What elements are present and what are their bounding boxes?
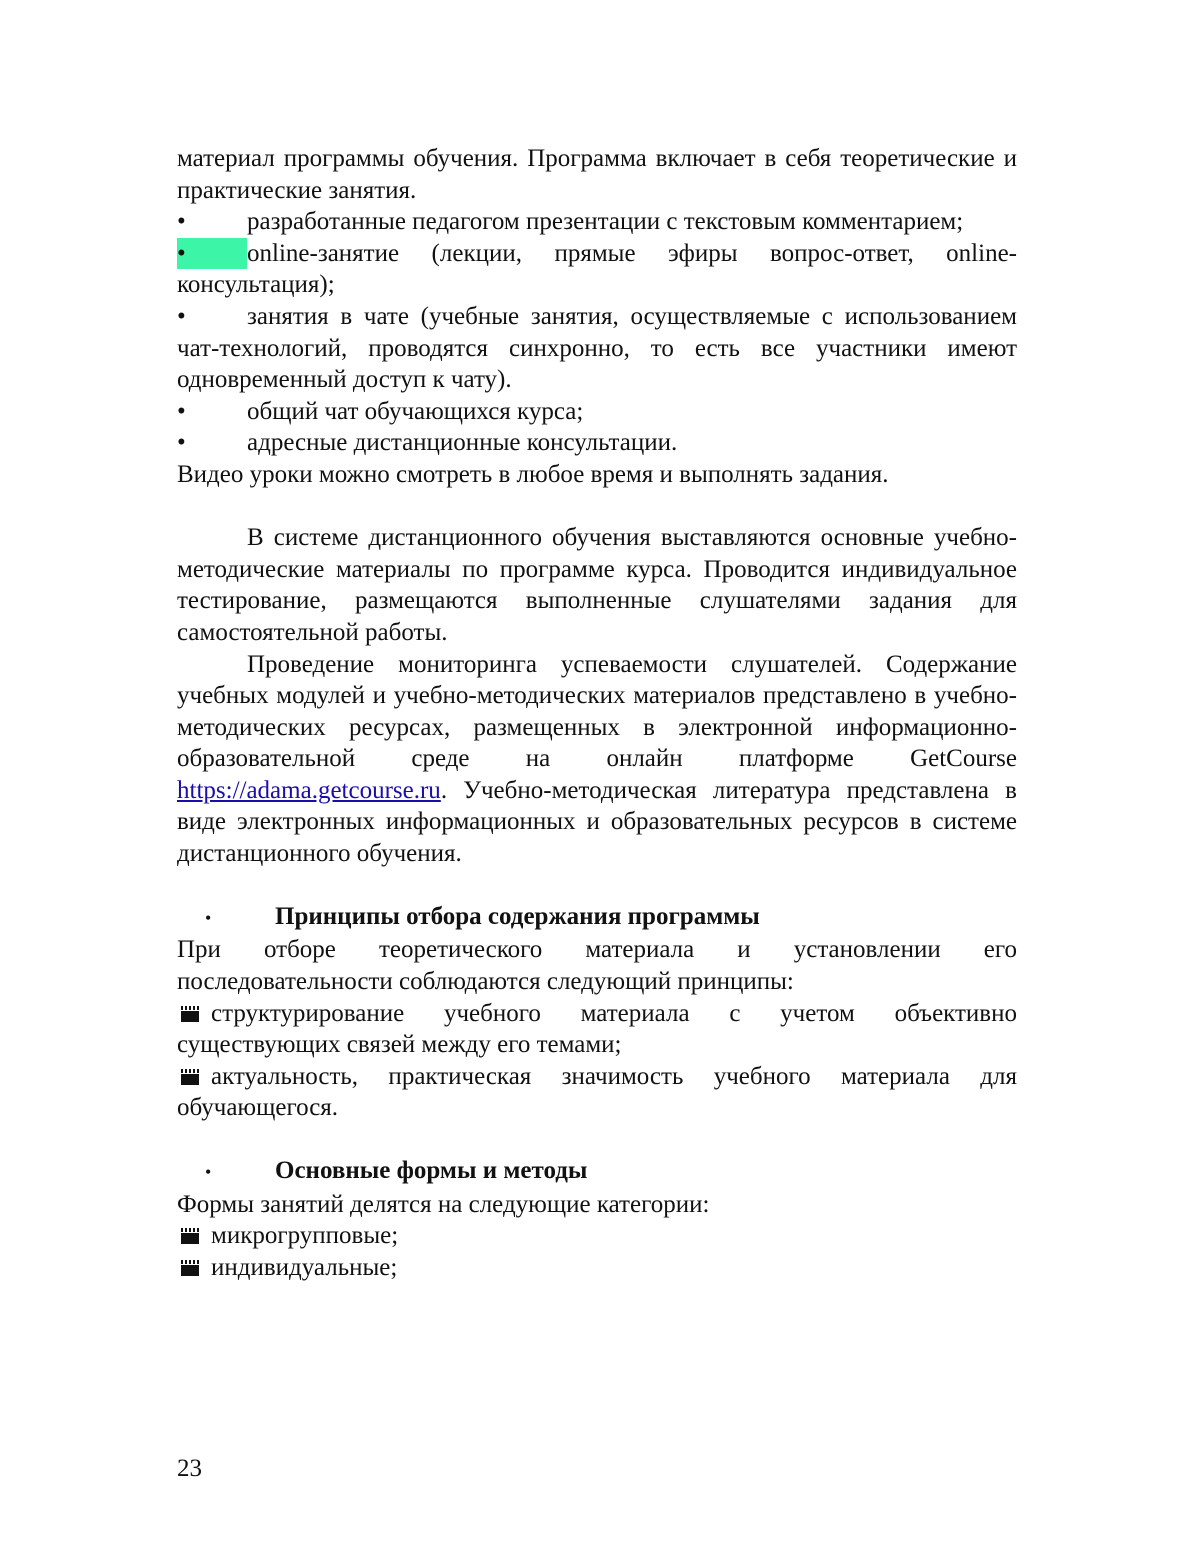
list-item: микрогрупповые;	[177, 1220, 1017, 1252]
principles-intro: При отборе теоретического материала и ус…	[177, 934, 1017, 997]
section-heading-principles: •Принципы отбора содержания программы	[177, 901, 1017, 934]
bullet-icon: •	[177, 1157, 275, 1189]
clapperboard-icon	[181, 1006, 199, 1022]
spacer	[177, 870, 1017, 902]
clapperboard-icon	[181, 1069, 199, 1085]
section-heading-forms: •Основные формы и методы	[177, 1155, 1017, 1188]
list-item: •адресные дистанционные консультации.	[177, 427, 1017, 459]
system-paragraph: В системе дистанционного обучения выстав…	[177, 522, 1017, 648]
list-item: актуальность, практическая значимость уч…	[177, 1061, 1017, 1124]
list-item: структурирование учебного материала с уч…	[177, 998, 1017, 1061]
delivery-formats-list: •разработанные педагогом презентации с т…	[177, 206, 1017, 459]
intro-paragraph: материал программы обучения. Программа в…	[177, 143, 1017, 206]
list-item: •занятия в чате (учебные занятия, осущес…	[177, 301, 1017, 396]
forms-intro: Формы занятий делятся на следующие катег…	[177, 1189, 1017, 1221]
bullet-icon: •	[177, 396, 247, 428]
page-number: 23	[177, 1455, 202, 1483]
bullet-icon: •	[177, 301, 247, 333]
list-item: •общий чат обучающихся курса;	[177, 396, 1017, 428]
bullet-icon: •	[177, 903, 275, 935]
list-item: •разработанные педагогом презентации с т…	[177, 206, 1017, 238]
document-page: материал программы обучения. Программа в…	[177, 143, 1017, 1283]
bullet-icon: •	[177, 206, 247, 238]
bullet-icon: •	[177, 427, 247, 459]
bullet-icon-highlighted: •	[177, 238, 247, 270]
list-item: •online-занятие (лекции, прямые эфиры во…	[177, 238, 1017, 301]
clapperboard-icon	[181, 1260, 199, 1276]
getcourse-link[interactable]: https://adama.getcourse.ru	[177, 777, 441, 804]
spacer	[177, 491, 1017, 523]
spacer	[177, 1124, 1017, 1156]
video-note: Видео уроки можно смотреть в любое время…	[177, 459, 1017, 491]
clapperboard-icon	[181, 1228, 199, 1244]
list-item: индивидуальные;	[177, 1252, 1017, 1284]
monitoring-paragraph: Проведение мониторинга успеваемости слуш…	[177, 649, 1017, 870]
